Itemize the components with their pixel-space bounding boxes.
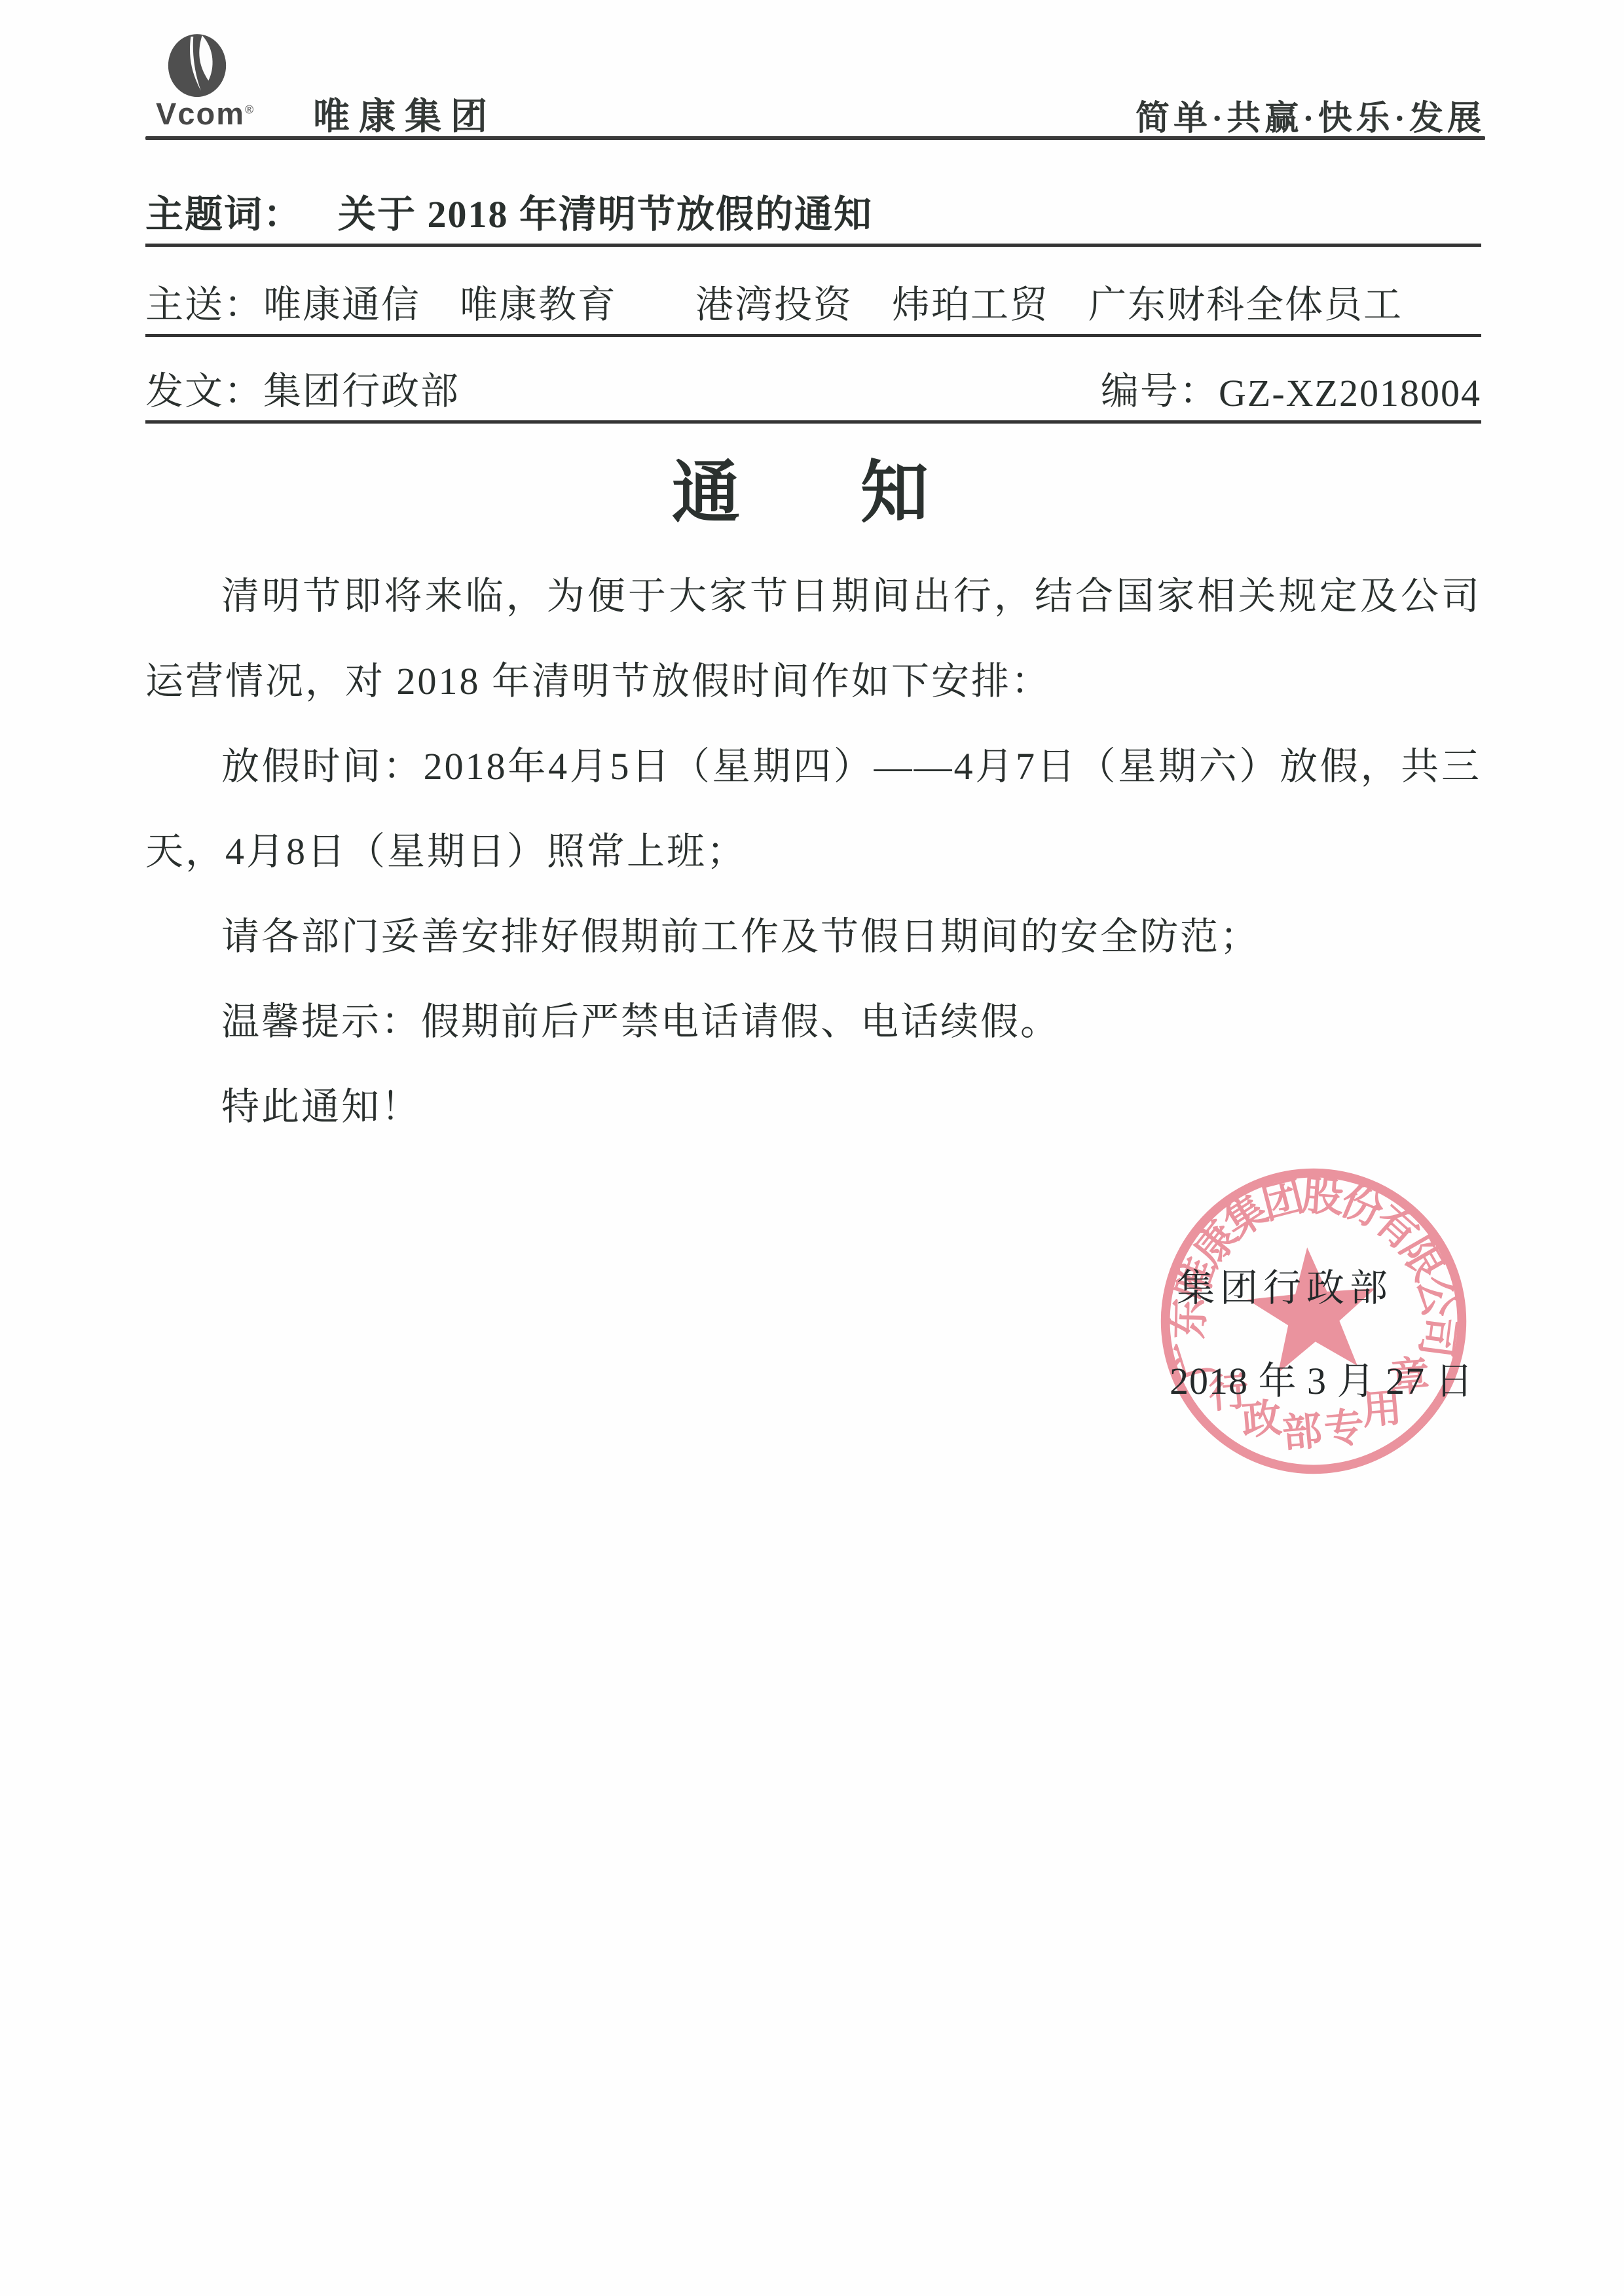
paragraph-closing: 特此通知！ — [145, 1065, 1481, 1150]
company-name: 唯康集团 — [313, 88, 496, 140]
issuer-row: 发文： 集团行政部 编号： GZ-XZ2018004 — [145, 348, 1481, 424]
paragraph-schedule: 放假时间：2018年4月5日（星期四）——4月7日（星期六）放假，共三天，4月8… — [145, 724, 1481, 894]
registered-mark: ® — [245, 103, 255, 116]
company-seal: 广东唯康集团股份有限公司 行 政 部 专 用 章 — [1139, 1146, 1488, 1495]
paragraph-intro: 清明节即将来临，为便于大家节日期间出行，结合国家相关规定及公司运营情况，对 20… — [145, 554, 1481, 724]
header-slogan: 简单·共赢·快乐·发展 — [1135, 90, 1485, 139]
subject-row: 主题词： 关于 2018 年清明节放假的通知 — [145, 172, 1481, 247]
recipients-value: 唯康通信 唯康教育 港湾投资 炜珀工贸 广东财科全体员工 — [263, 274, 1403, 329]
recipients-row: 主送： 唯康通信 唯康教育 港湾投资 炜珀工贸 广东财科全体员工 — [145, 262, 1481, 337]
document-title: 通 知 — [145, 437, 1481, 536]
document-body: 清明节即将来临，为便于大家节日期间出行，结合国家相关规定及公司运营情况，对 20… — [145, 554, 1481, 1150]
header-rule — [145, 136, 1485, 140]
signature-date: 2018 年 3 月 27 日 — [1170, 1350, 1474, 1405]
paragraph-safety: 请各部门妥善安排好假期前工作及节假日期间的安全防范； — [145, 894, 1481, 979]
subject-label: 主题词： — [145, 183, 303, 238]
vcom-logo-icon — [166, 33, 229, 101]
signature-department: 集团行政部 — [1177, 1257, 1393, 1312]
doc-number-label: 编号： — [1101, 360, 1219, 415]
subject-value: 关于 2018 年清明节放假的通知 — [338, 183, 873, 238]
logo-text: Vcom — [156, 96, 245, 131]
scanned-notice-page: Vcom® 唯康集团 简单·共赢·快乐·发展 主题词： 关于 2018 年清明节… — [0, 0, 1624, 2296]
issuer-label: 发文： — [145, 360, 263, 415]
paragraph-reminder: 温馨提示：假期前后严禁电话请假、电话续假。 — [145, 979, 1481, 1065]
seal-bottom-char: 部 — [1280, 1409, 1324, 1457]
doc-number-value: GZ-XZ2018004 — [1219, 371, 1481, 415]
issuer-value: 集团行政部 — [263, 360, 460, 415]
seal-bottom-char: 专 — [1322, 1405, 1366, 1453]
logo-wordmark: Vcom® — [156, 96, 261, 132]
recipients-label: 主送： — [145, 274, 263, 329]
